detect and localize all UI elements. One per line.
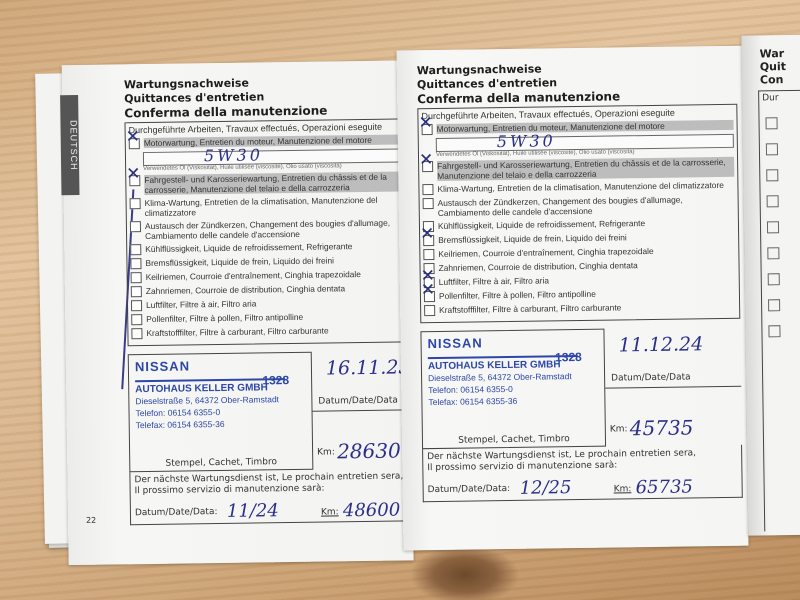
work-item: Kraftstofffilter, Filtre à carburant, Fi… <box>424 301 736 316</box>
next-km-label: Km: <box>321 507 339 517</box>
date-km-column: 11.12.24 Datum/Date/Data Km: 45735 <box>604 327 742 447</box>
work-item: Pollenfilter, Filtre à pollen, Filtro an… <box>424 287 736 302</box>
work-item-label: Zahnriemen, Courroie de distribution, Ci… <box>438 259 735 273</box>
page-number: 22 <box>86 516 96 525</box>
work-item-label: Zahnriemen, Courroie de distribution, Ci… <box>146 282 403 296</box>
stamp-brand: NISSAN <box>428 334 598 351</box>
work-item: Fahrgestell- und Karosseriewartung, Entr… <box>422 157 734 181</box>
dealer-stamp: NISSAN 1328 AUTOHAUS KELLER GMBH Diesels… <box>420 329 606 450</box>
work-item-label: Klima-Wartung, Entretien de la climatisa… <box>145 194 402 218</box>
work-performed-box: Durchgeführte Arbeiten, Travaux effectué… <box>417 104 740 323</box>
partial-heading-it: Con <box>760 73 786 86</box>
service-date: 16.11.23 <box>326 356 411 379</box>
dealer-number: 1328 <box>262 373 289 387</box>
checkbox-icon[interactable] <box>130 244 141 255</box>
heading-it: Conferma della manutenzione <box>124 102 404 120</box>
next-service-km: 65735 <box>635 476 693 498</box>
work-item-label: Luftfilter, Filtre à air, Filtro aria <box>146 296 403 310</box>
dealer-stamp: NISSAN 1328 AUTOHAUS KELLER GMBH Diesels… <box>128 352 314 473</box>
checkbox-icon[interactable] <box>131 328 142 339</box>
stamp-caption: Stempel, Cachet, Timbro <box>130 457 312 470</box>
stamp-row: NISSAN 1328 AUTOHAUS KELLER GMBH Diesels… <box>128 350 410 472</box>
checkbox <box>768 325 780 337</box>
work-item: Kühlflüssigkeit, Liquide de refroidissem… <box>423 217 735 232</box>
service-booklet: DEUTSCH Wartungsnachweise Quittances d'e… <box>51 35 800 566</box>
work-item: Luftfilter, Filtre à air, Filtro aria <box>131 296 403 311</box>
right-service-record: Wartungsnachweise Quittances d'entretien… <box>417 60 743 502</box>
date-label: Datum/Date/Data <box>318 395 398 406</box>
language-tab: DEUTSCH <box>60 95 79 195</box>
next-km-label: Km: <box>614 484 632 494</box>
checkbox <box>768 273 780 285</box>
checked-checkbox-icon[interactable] <box>423 235 434 246</box>
work-item: Motorwartung, Entretien du moteur, Manut… <box>129 134 401 149</box>
stamp-brand: NISSAN <box>135 357 305 374</box>
work-item: Pollenfilter, Filtre à pollen, Filtro an… <box>131 310 403 325</box>
work-item-label: Kühlflüssigkeit, Liquide de refroidissem… <box>438 217 735 231</box>
stamp-fax: Telefax: 06154 6355-36 <box>136 417 306 431</box>
checkbox-icon[interactable] <box>423 249 434 260</box>
checkbox <box>765 117 777 129</box>
work-item: Bremsflüssigkeit, Liquide de frein, Liqu… <box>130 254 402 269</box>
checkbox <box>767 221 779 233</box>
next-service-line-2: Il prossimo servizio di manutenzione sar… <box>135 482 405 497</box>
checked-checkbox-icon[interactable] <box>422 124 433 135</box>
checked-checkbox-icon[interactable] <box>129 138 140 149</box>
date-label: Datum/Date/Data <box>611 372 691 383</box>
work-item-label: Pollenfilter, Filtre à pollen, Filtro an… <box>146 310 403 324</box>
work-item-label: Klima-Wartung, Entretien de la climatisa… <box>437 180 734 194</box>
work-item: Bremsflüssigkeit, Liquide de frein, Liqu… <box>423 231 735 246</box>
work-item-label: Bremsflüssigkeit, Liquide de frein, Liqu… <box>145 254 402 268</box>
checked-checkbox-icon[interactable] <box>424 291 435 302</box>
work-item: Zahnriemen, Courroie de distribution, Ci… <box>423 259 735 274</box>
next-service-km: 48600 <box>343 500 401 522</box>
work-item: Motorwartung, Entretien du moteur, Manut… <box>422 120 734 135</box>
checkbox <box>766 169 778 181</box>
left-service-record: Wartungsnachweise Quittances d'entretien… <box>124 74 410 525</box>
stamp-caption: Stempel, Cachet, Timbro <box>423 434 605 447</box>
oil-viscosity-value: 5W30 <box>204 145 263 165</box>
km-label: Km: <box>610 424 628 434</box>
work-item: Keilriemen, Courroie d'entraînement, Cin… <box>131 268 403 283</box>
next-date-label: Datum/Date/Data: <box>428 484 511 495</box>
date-km-column: 16.11.23 Datum/Date/Data Km: 28630 <box>312 350 410 469</box>
work-item-label: Keilriemen, Courroie d'entraînement, Cin… <box>438 245 735 259</box>
next-date-label: Datum/Date/Data: <box>135 507 218 518</box>
oil-viscosity-value: 5W30 <box>497 131 556 151</box>
work-item: Keilriemen, Courroie d'entraînement, Cin… <box>423 245 735 260</box>
checkbox <box>768 299 780 311</box>
work-item-label: Keilriemen, Courroie d'entraînement, Cin… <box>146 268 403 282</box>
work-items-list: Motorwartung, Entretien du moteur, Manut… <box>129 134 404 339</box>
dealer-number: 1328 <box>555 350 582 364</box>
partial-work-box: Dur <box>758 90 800 532</box>
work-item-label: Fahrgestell- und Karosseriewartung, Entr… <box>437 157 734 181</box>
work-item: Luftfilter, Filtre à air, Filtro aria <box>424 273 736 288</box>
work-item: Austausch der Zündkerzen, Changement des… <box>423 194 735 218</box>
service-date: 11.12.24 <box>618 333 703 356</box>
work-item: Zahnriemen, Courroie de distribution, Ci… <box>131 282 403 297</box>
checkbox <box>766 143 778 155</box>
service-km: 45735 <box>630 415 694 440</box>
checkbox-icon[interactable] <box>131 314 142 325</box>
next-service-box: Der nächste Wartungsdienst ist, Le proch… <box>422 445 743 502</box>
next-service-date: 11/24 <box>227 500 279 522</box>
date-cell: 11.12.24 Datum/Date/Data <box>604 327 741 388</box>
checkbox-icon[interactable] <box>131 286 142 297</box>
work-item-label: Kraftstofffilter, Filtre à carburant, Fi… <box>439 301 736 315</box>
date-cell: 16.11.23 Datum/Date/Data <box>312 350 409 411</box>
stamp-fax: Telefax: 06154 6355-36 <box>428 394 598 408</box>
work-item-label: Kraftstofffilter, Filtre à carburant, Fi… <box>146 324 403 338</box>
work-item: Austausch der Zündkerzen, Changement des… <box>130 217 402 241</box>
checkbox-icon[interactable] <box>424 305 435 316</box>
next-service-box: Der nächste Wartungsdienst ist, Le proch… <box>129 468 410 525</box>
next-service-date: 12/25 <box>519 477 571 499</box>
next-page-partial: War Quit Con Dur <box>741 35 800 536</box>
work-item: Klima-Wartung, Entretien de la climatisa… <box>422 180 734 195</box>
checkbox-icon[interactable] <box>130 258 141 269</box>
work-item-label: Luftfilter, Filtre à air, Filtro aria <box>439 273 736 287</box>
work-item-label: Motorwartung, Entretien du moteur, Manut… <box>144 134 401 148</box>
partial-box-title: Dur <box>762 93 800 104</box>
checkbox-icon[interactable] <box>131 272 142 283</box>
work-item-label: Bremsflüssigkeit, Liquide de frein, Liqu… <box>438 231 735 245</box>
right-page: Wartungsnachweise Quittances d'entretien… <box>397 46 749 551</box>
checkbox-icon[interactable] <box>131 300 142 311</box>
work-box-title: Durchgeführte Arbeiten, Travaux effectué… <box>421 107 733 121</box>
checkbox-icon[interactable] <box>130 198 141 209</box>
checkbox-icon[interactable] <box>130 221 141 232</box>
km-cell: Km: 28630 <box>313 410 410 470</box>
work-item: Fahrgestell- und Karosseriewartung, Entr… <box>129 171 401 195</box>
work-item: Kühlflüssigkeit, Liquide de refroidissem… <box>130 240 402 255</box>
work-item-label: Austausch der Zündkerzen, Changement des… <box>438 194 735 218</box>
checkbox-icon[interactable] <box>423 198 434 209</box>
partial-heading-de: War <box>760 47 786 60</box>
work-performed-box: Durchgeführte Arbeiten, Travaux effectué… <box>124 118 407 346</box>
work-item-label: Austausch der Zündkerzen, Changement des… <box>145 217 402 241</box>
stamp-row: NISSAN 1328 AUTOHAUS KELLER GMBH Diesels… <box>420 327 742 449</box>
work-items-list: Motorwartung, Entretien du moteur, Manut… <box>422 120 737 316</box>
km-cell: Km: 45735 <box>605 386 742 446</box>
checked-checkbox-icon[interactable] <box>422 161 433 172</box>
partial-headings: War Quit Con <box>760 47 787 86</box>
service-km: 28630 <box>337 438 401 463</box>
work-item-label: Pollenfilter, Filtre à pollen, Filtro an… <box>439 287 736 301</box>
work-box-title: Durchgeführte Arbeiten, Travaux effectué… <box>129 121 401 135</box>
checked-checkbox-icon[interactable] <box>129 175 140 186</box>
partial-heading-fr: Quit <box>760 60 786 73</box>
checkbox-icon[interactable] <box>422 184 433 195</box>
work-item: Klima-Wartung, Entretien de la climatisa… <box>130 194 402 218</box>
checkbox <box>767 195 779 207</box>
work-item-label: Motorwartung, Entretien du moteur, Manut… <box>437 120 734 134</box>
work-item-label: Kühlflüssigkeit, Liquide de refroidissem… <box>145 240 402 254</box>
work-item-label: Fahrgestell- und Karosseriewartung, Entr… <box>144 171 401 195</box>
left-page: DEUTSCH Wartungsnachweise Quittances d'e… <box>62 60 414 565</box>
checkbox <box>767 247 779 259</box>
work-item: Kraftstofffilter, Filtre à carburant, Fi… <box>131 324 403 339</box>
km-label: Km: <box>317 447 335 457</box>
